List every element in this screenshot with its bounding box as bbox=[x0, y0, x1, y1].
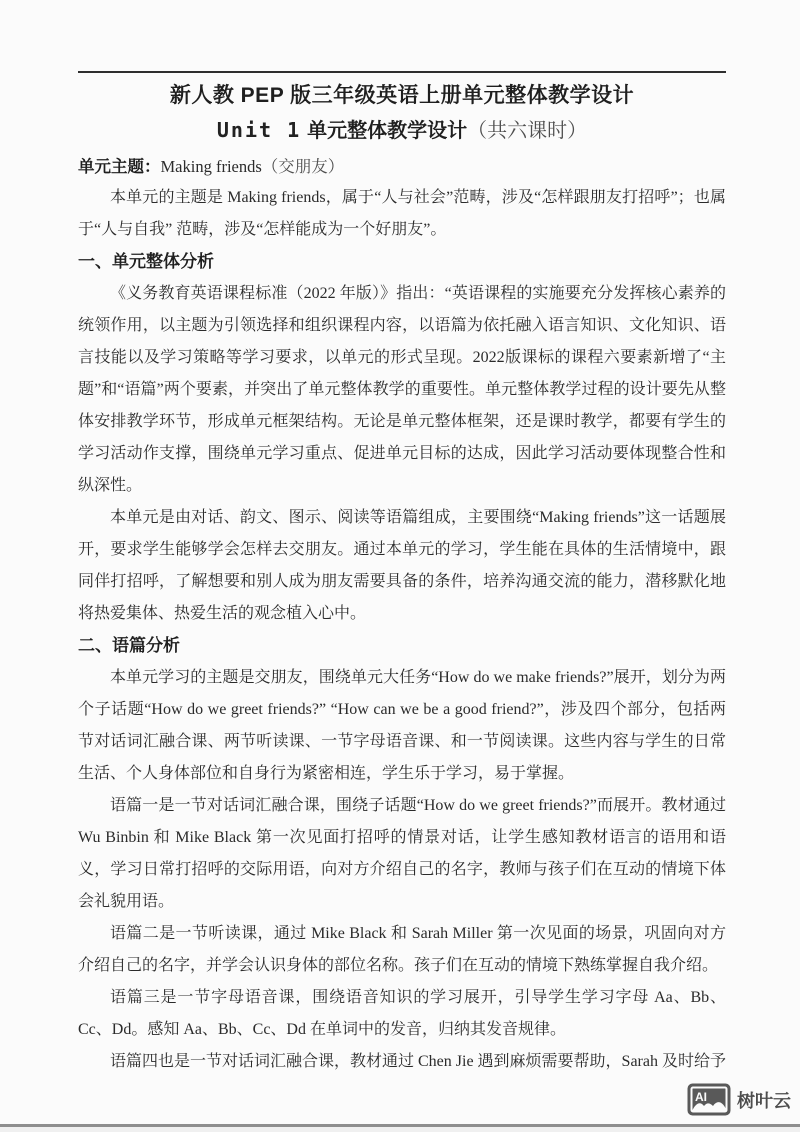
discourse-3-paragraph: 语篇三是一节字母语音课，围绕语音知识的学习展开，引导学生学习字母 Aa、Bb、C… bbox=[78, 982, 726, 1046]
watermark: AI 树叶云 bbox=[687, 1083, 791, 1116]
section-heading-unit-analysis: 一、单元整体分析 bbox=[78, 246, 726, 278]
unit-title: Unit 1单元整体教学设计（共六课时） bbox=[78, 114, 726, 147]
unit-theme-label: 单元主题： bbox=[78, 158, 161, 176]
discourse-1-paragraph: 语篇一是一节对话词汇融合课，围绕子话题“How do we greet frie… bbox=[78, 790, 726, 918]
unit-title-unit: Unit 1 bbox=[217, 118, 301, 142]
svg-text:AI: AI bbox=[695, 1090, 707, 1104]
discourse-4-paragraph: 语篇四也是一节对话词汇融合课，教材通过 Chen Jie 遇到麻烦需要帮助，Sa… bbox=[78, 1046, 726, 1078]
unit-title-paren: （共六课时） bbox=[467, 120, 587, 142]
unit-title-main: 单元整体教学设计 bbox=[307, 120, 467, 142]
document-title: 新人教 PEP 版三年级英语上册单元整体教学设计 bbox=[78, 81, 726, 111]
document-body: 新人教 PEP 版三年级英语上册单元整体教学设计 Unit 1单元整体教学设计（… bbox=[0, 0, 800, 1078]
unit-analysis-paragraph-1: 《义务教育英语课程标准（2022 年版）》指出：“英语课程的实施要充分发挥核心素… bbox=[78, 278, 726, 502]
document-page: 新人教 PEP 版三年级英语上册单元整体教学设计 Unit 1单元整体教学设计（… bbox=[0, 0, 800, 1132]
bottom-edge-line bbox=[0, 1124, 800, 1132]
title-top-rule bbox=[78, 71, 726, 73]
unit-analysis-paragraph-2: 本单元是由对话、韵文、图示、阅读等语篇组成，主要围绕“Making friend… bbox=[78, 502, 726, 630]
discourse-2-paragraph: 语篇二是一节听读课，通过 Mike Black 和 Sarah Miller 第… bbox=[78, 918, 726, 982]
discourse-overview-paragraph: 本单元学习的主题是交朋友，围绕单元大任务“How do we make frie… bbox=[78, 662, 726, 790]
section-heading-discourse-analysis: 二、语篇分析 bbox=[78, 630, 726, 662]
watermark-brand-text: 树叶云 bbox=[737, 1087, 791, 1113]
unit-theme-line: 单元主题：Making friends（交朋友） bbox=[78, 152, 726, 182]
unit-theme-english: Making friends bbox=[161, 157, 262, 176]
intro-paragraph: 本单元的主题是 Making friends，属于“人与社会”范畴，涉及“怎样跟… bbox=[78, 182, 726, 246]
unit-theme-translation: （交朋友） bbox=[262, 157, 345, 176]
ai-image-icon: AI bbox=[687, 1083, 731, 1116]
